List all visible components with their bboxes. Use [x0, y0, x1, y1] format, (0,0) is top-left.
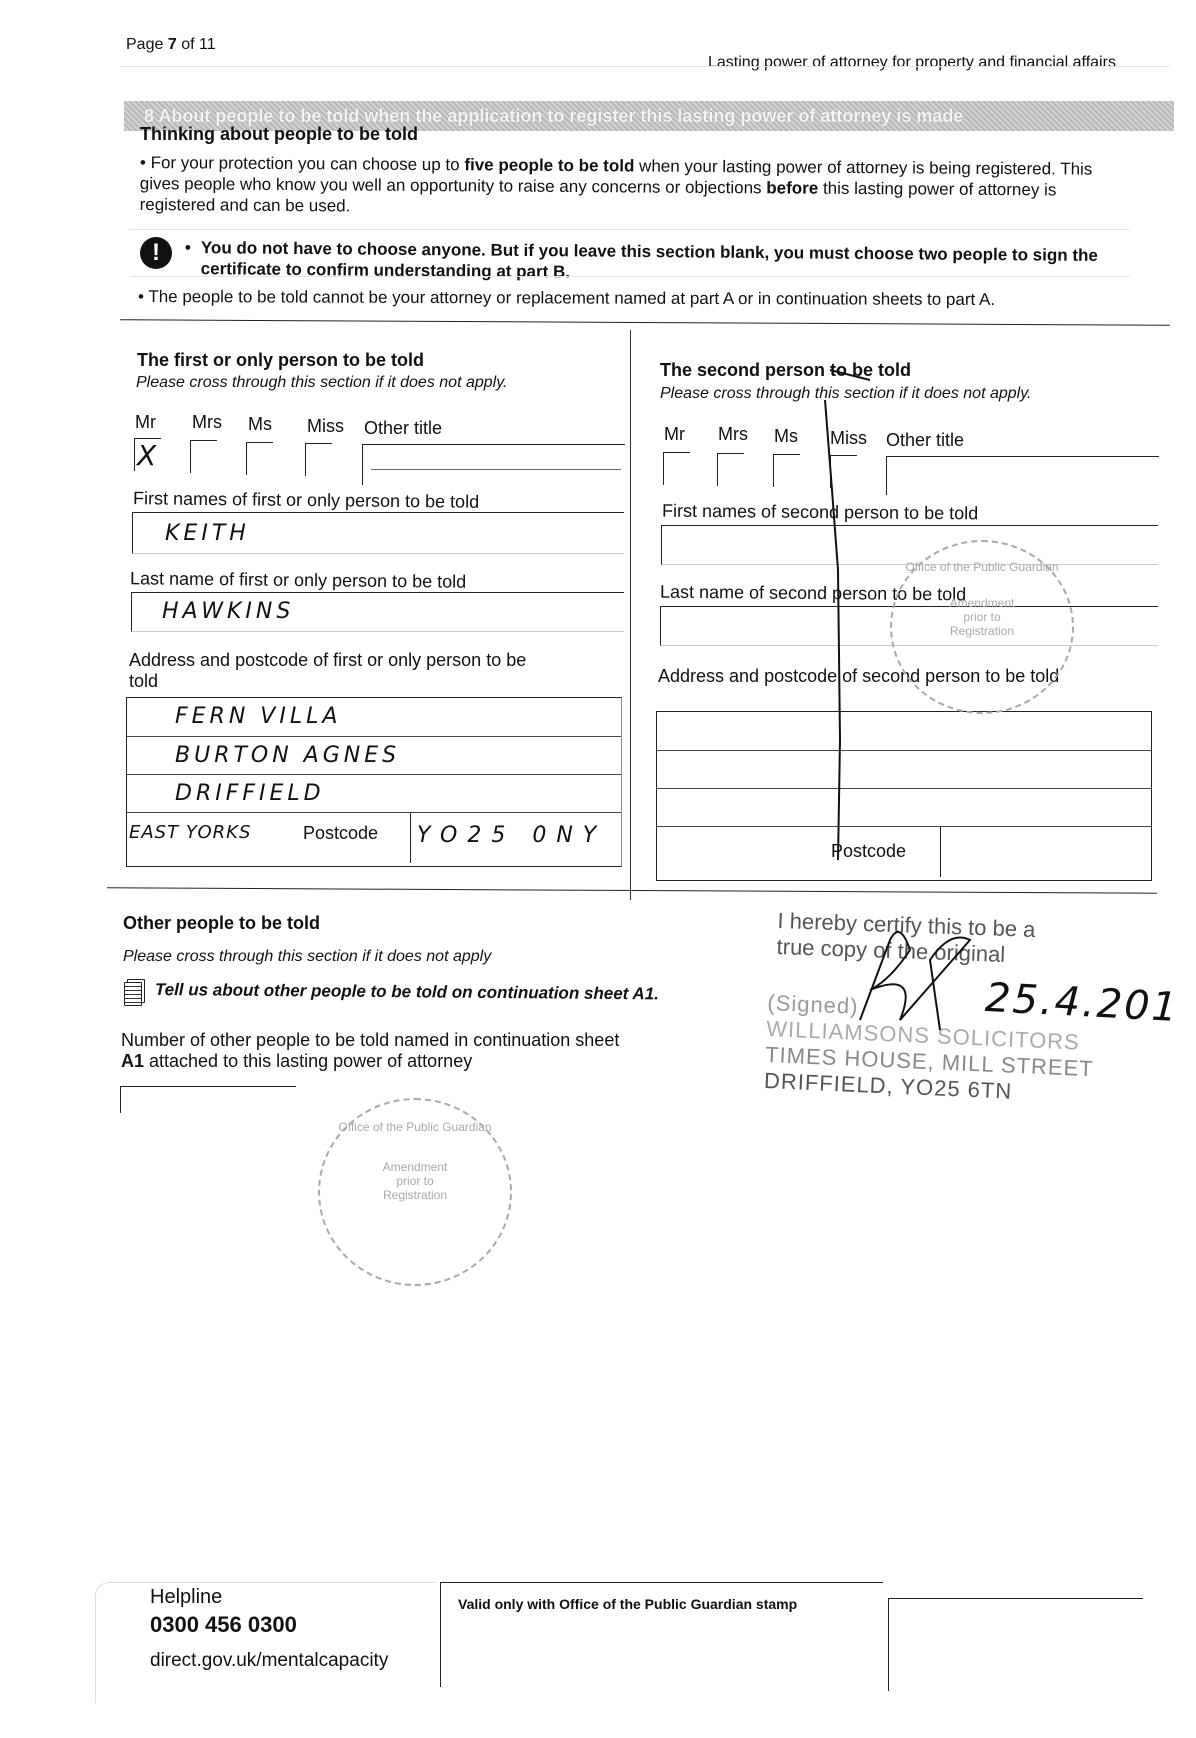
- postcode-label: Postcode: [303, 823, 378, 844]
- continuation-sheet-icon: [124, 982, 142, 1006]
- helpline-box: [95, 1582, 436, 1703]
- address-label: Address and postcode of first or only pe…: [129, 650, 549, 692]
- other-people-title: Other people to be told: [123, 913, 320, 934]
- checkbox-miss[interactable]: [305, 443, 332, 476]
- warning-divider-top: [130, 229, 1130, 230]
- first-person-title: The first or only person to be told: [137, 350, 424, 371]
- address-line-2[interactable]: BURTON AGNES: [127, 736, 621, 774]
- valid-stamp-text: Valid only with Office of the Public Gua…: [458, 1596, 797, 1612]
- address-line-4[interactable]: EAST YORKS Postcode YO25 0NY: [127, 812, 621, 862]
- last-name-label: Last name of first or only person to be …: [130, 568, 466, 593]
- title-label-mr: Mr: [135, 412, 156, 433]
- reference-box: [888, 1598, 1143, 1691]
- continuation-instruction: Tell us about other people to be told on…: [155, 980, 659, 1004]
- checkbox-ms[interactable]: [246, 442, 273, 475]
- address-field[interactable]: FERN VILLA BURTON AGNES DRIFFIELD EAST Y…: [126, 697, 622, 867]
- address-line-1[interactable]: FERN VILLA: [127, 698, 621, 736]
- postcode-field[interactable]: YO25 0NY: [410, 813, 621, 863]
- first-person-note: Please cross through this section if it …: [136, 374, 507, 392]
- last-name-field[interactable]: HAWKINS: [131, 592, 624, 632]
- thinking-heading: Thinking about people to be told: [140, 124, 418, 145]
- cross-through-line: [600, 340, 920, 900]
- last-name-value: HAWKINS: [162, 599, 294, 624]
- page-total: of 11: [181, 36, 215, 53]
- checkbox-mrs[interactable]: [190, 440, 217, 473]
- postcode-value: YO25 0NY: [417, 823, 606, 848]
- first-names-value: KEITH: [165, 521, 250, 546]
- title-label-mrs: Mrs: [192, 412, 222, 433]
- title-label-miss: Miss: [307, 416, 344, 437]
- exclamation-icon: !: [140, 237, 172, 269]
- second-postcode-field[interactable]: [940, 827, 1151, 877]
- other-title-strike: [371, 469, 621, 470]
- opg-stamp-lower: Office of the Public Guardian Amendment …: [318, 1098, 512, 1286]
- title-label-other: Other title: [364, 418, 442, 439]
- other-count-field[interactable]: [120, 1086, 296, 1113]
- document-title: Lasting power of attorney for property a…: [708, 54, 1116, 72]
- address-line-3[interactable]: DRIFFIELD: [127, 774, 621, 812]
- other-count-label: Number of other people to be told named …: [121, 1030, 641, 1072]
- first-names-label: First names of first or only person to b…: [133, 488, 479, 513]
- helpline-label: Helpline: [150, 1586, 222, 1609]
- page-number: Page 7 of 11: [126, 36, 216, 54]
- checkbox-mr[interactable]: X: [134, 438, 161, 471]
- signature: [830, 920, 990, 1040]
- warning-divider-bottom: [130, 276, 1130, 277]
- first-names-field[interactable]: KEITH: [132, 512, 624, 554]
- bullet-warning: • You do not have to choose anyone. But …: [185, 237, 1125, 287]
- opg-stamp-second: Office of the Public Guardian Amendment …: [890, 540, 1074, 714]
- helpline-number: 0300 456 0300: [150, 1612, 297, 1638]
- checkbox-mark: X: [137, 439, 156, 472]
- header-divider: [120, 66, 1170, 67]
- other-title-field[interactable]: [362, 444, 625, 485]
- section-divider: [120, 319, 1170, 325]
- second-other-title-field[interactable]: [886, 456, 1159, 495]
- helpline-url[interactable]: direct.gov.uk/mentalcapacity: [150, 1650, 388, 1672]
- bullet-five-people: • For your protection you can choose up …: [140, 152, 1100, 222]
- bullet-restriction: • The people to be told cannot be your a…: [138, 286, 1138, 310]
- other-people-note: Please cross through this section if it …: [123, 948, 491, 966]
- page-prefix: Page: [126, 36, 163, 53]
- title-label-ms: Ms: [248, 414, 272, 435]
- page-current: 7: [168, 36, 177, 53]
